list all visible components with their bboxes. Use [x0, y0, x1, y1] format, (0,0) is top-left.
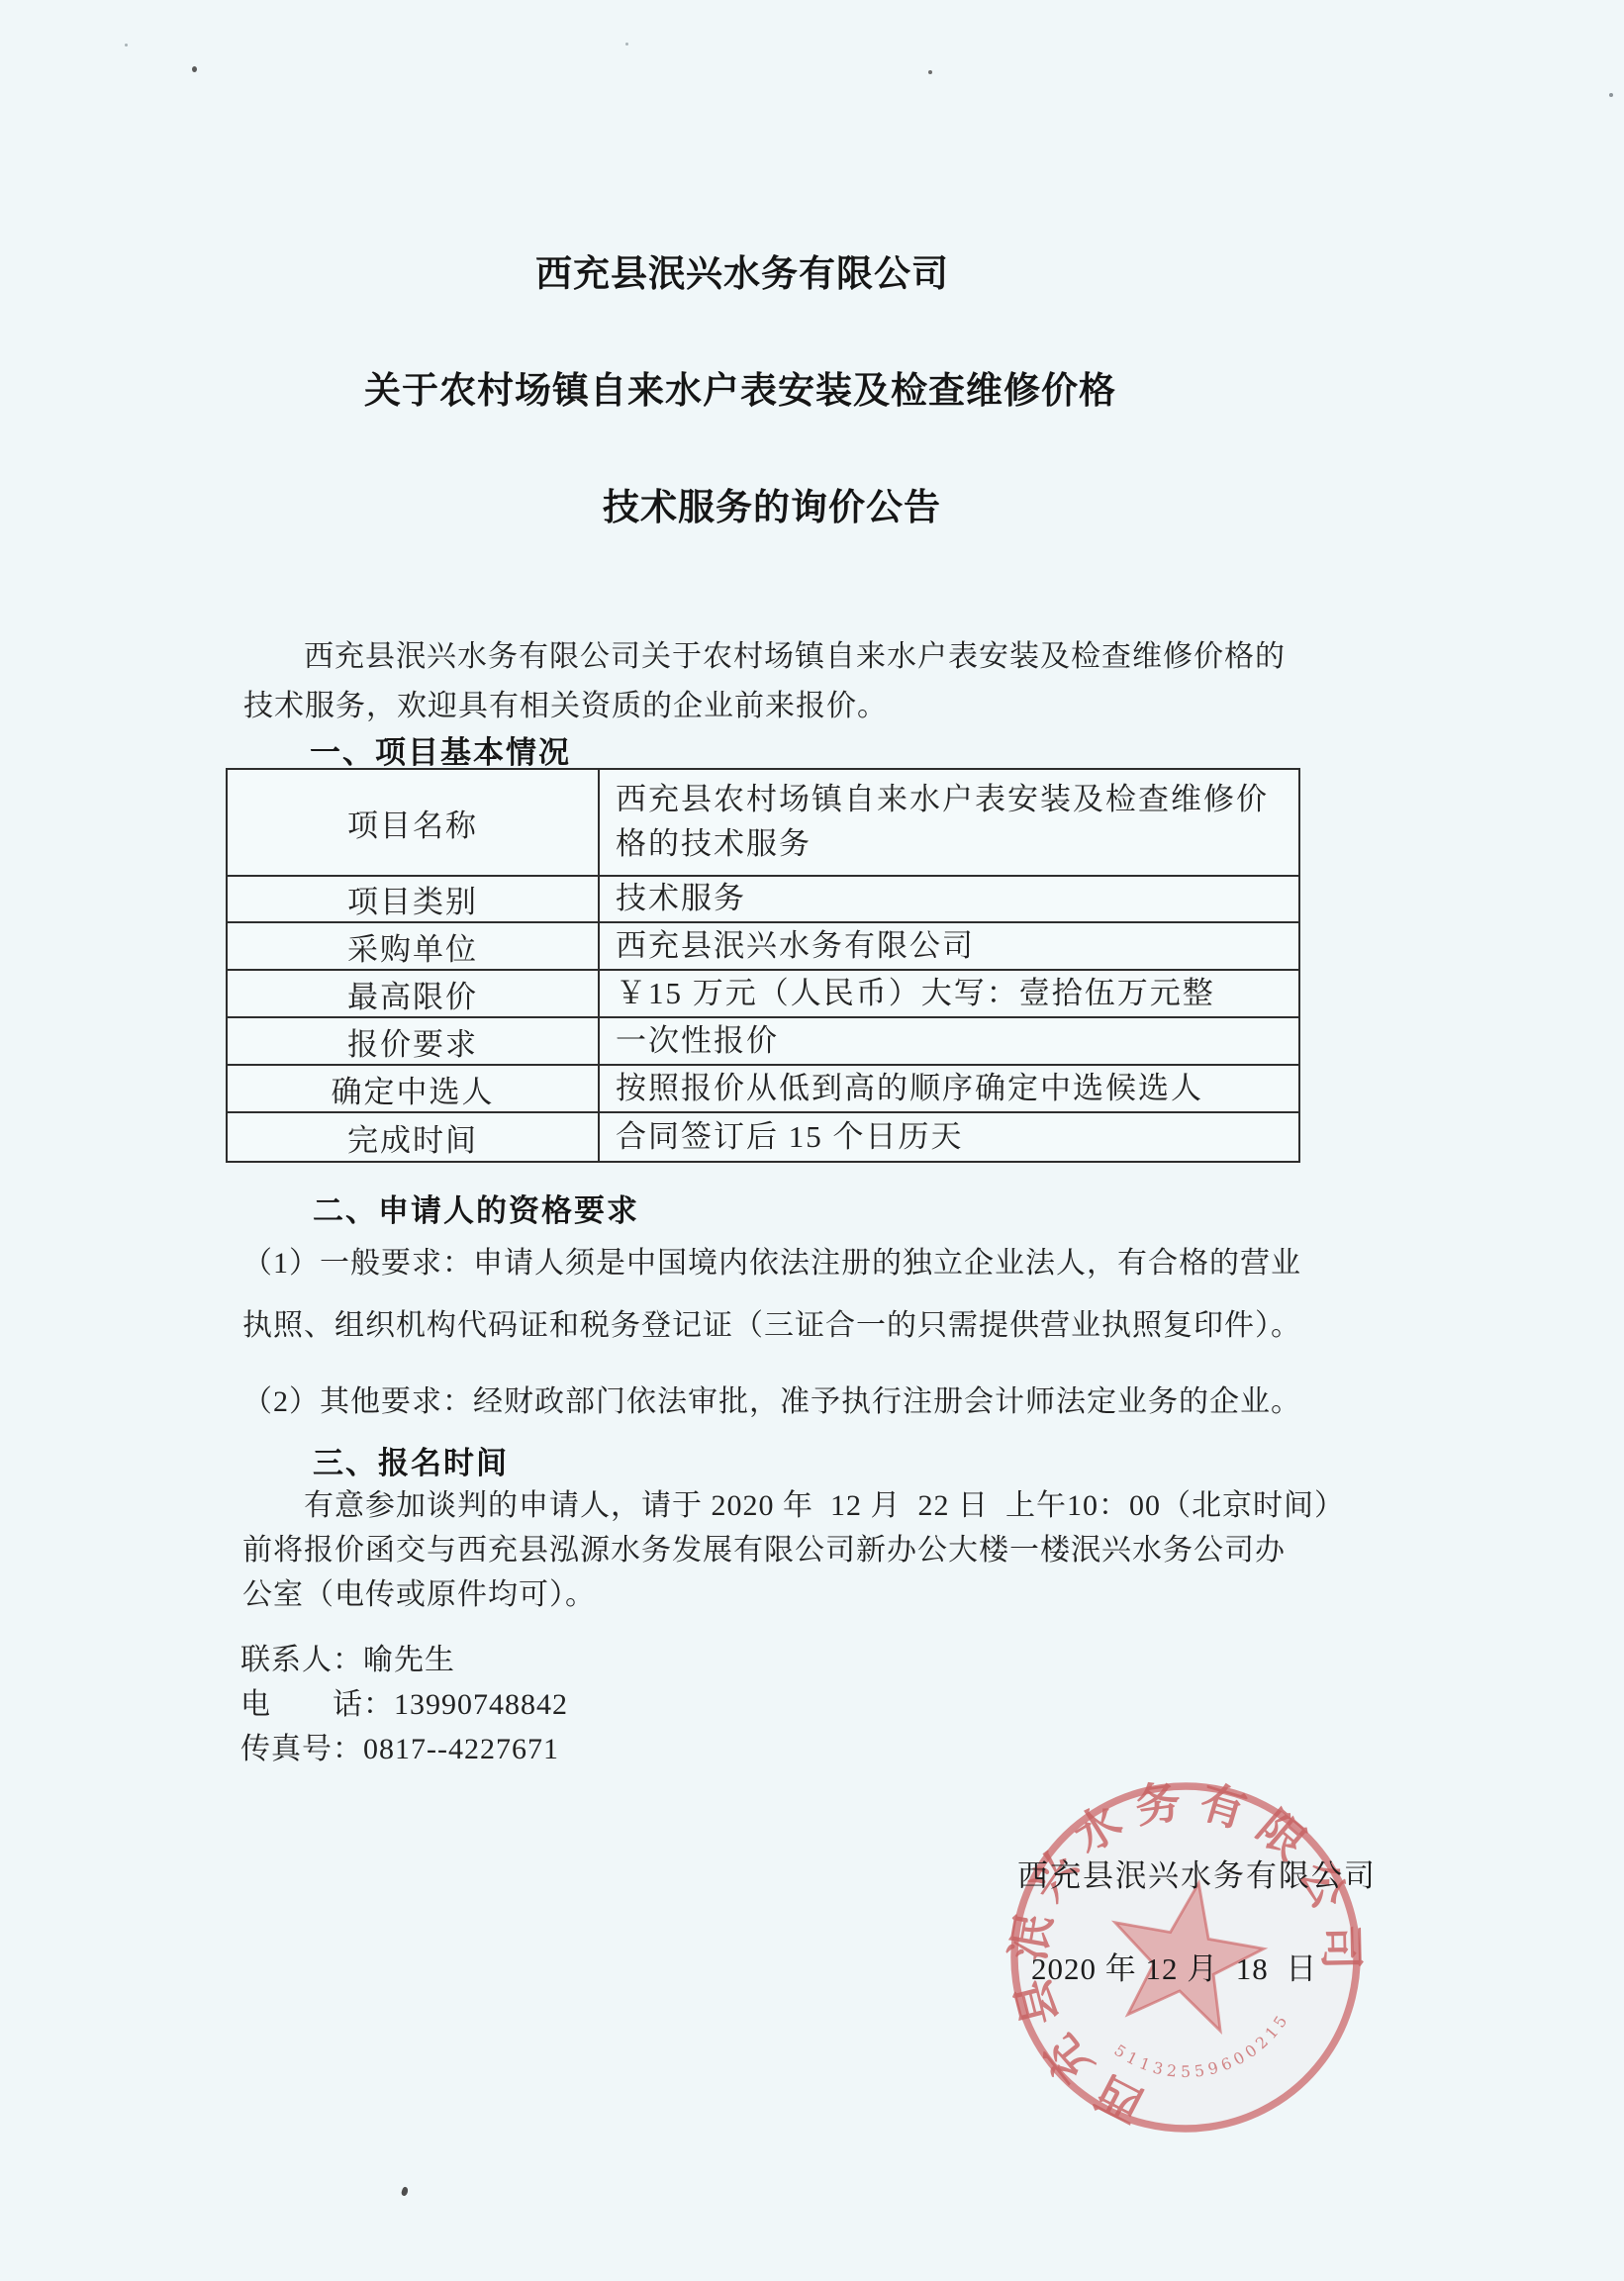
table-value-price-limit: ￥15 万元（人民币）大写：壹拾伍万元整: [599, 970, 1299, 1017]
table-label-project-name: 项目名称: [227, 769, 599, 876]
speck: [401, 2186, 410, 2197]
speck: [192, 66, 197, 72]
qualification-general-line2: 执照、组织机构代码证和税务登记证（三证合一的只需提供营业执照复印件）。: [242, 1300, 1301, 1344]
table-row: 报价要求 一次性报价: [227, 1017, 1299, 1065]
qualification-general-line1: （1）一般要求：申请人须是中国境内依法注册的独立企业法人，有合格的营业: [242, 1238, 1301, 1282]
table-row: 采购单位 西充县泯兴水务有限公司: [227, 922, 1299, 970]
speck: [556, 1407, 559, 1410]
intro-paragraph-line2: 技术服务，欢迎具有相关资质的企业前来报价。: [243, 681, 888, 724]
project-info-table: 项目名称 西充县农村场镇自来水户表安装及检查维修价 格的技术服务 项目类别 技术…: [226, 768, 1300, 1163]
intro-paragraph-line1: 西充县泯兴水务有限公司关于农村场镇自来水户表安装及检查维修价格的: [304, 631, 1286, 675]
table-label-quote-requirement: 报价要求: [227, 1017, 599, 1065]
table-value-purchaser: 西充县泯兴水务有限公司: [599, 922, 1299, 970]
document-title-type: 技术服务的询价公告: [0, 477, 1544, 530]
signature-date: 2020 年 12 月 18 日: [1031, 1944, 1317, 1988]
table-value-project-type: 技术服务: [599, 876, 1299, 922]
table-label-price-limit: 最高限价: [227, 970, 599, 1017]
speck: [1609, 93, 1613, 97]
registration-time-line2: 前将报价函交与西充县泓源水务发展有限公司新办公大楼一楼泯兴水务公司办: [242, 1525, 1286, 1568]
contact-phone: 电 话：13990748842: [240, 1679, 568, 1723]
table-value-quote-requirement: 一次性报价: [599, 1017, 1299, 1065]
table-value-completion-time: 合同签订后 15 个日历天: [599, 1112, 1299, 1162]
section-heading-qualifications: 二、申请人的资格要求: [313, 1186, 639, 1230]
contact-person: 联系人：喻先生: [240, 1635, 455, 1678]
table-row: 项目名称 西充县农村场镇自来水户表安装及检查维修价 格的技术服务: [227, 769, 1299, 876]
table-value-winner-selection: 按照报价从低到高的顺序确定中选候选人: [599, 1065, 1299, 1112]
table-label-project-type: 项目类别: [227, 876, 599, 922]
table-value-project-name: 西充县农村场镇自来水户表安装及检查维修价 格的技术服务: [599, 769, 1299, 876]
table-row: 项目类别 技术服务: [227, 876, 1299, 922]
section-heading-registration-time: 三、报名时间: [313, 1438, 509, 1482]
table-label-purchaser: 采购单位: [227, 922, 599, 970]
speck: [928, 70, 932, 74]
speck: [625, 43, 628, 46]
qualification-other: （2）其他要求：经财政部门依法审批，准予执行注册会计师法定业务的企业。: [242, 1377, 1301, 1420]
table-row: 最高限价 ￥15 万元（人民币）大写：壹拾伍万元整: [227, 970, 1299, 1017]
contact-fax: 传真号：0817--4227671: [240, 1724, 559, 1767]
scanned-document-page: 西充县泯兴水务有限公司 关于农村场镇自来水户表安装及检查维修价格 技术服务的询价…: [0, 0, 1624, 2281]
table-label-completion-time: 完成时间: [227, 1112, 599, 1162]
signature-company: 西充县泯兴水务有限公司: [1017, 1851, 1377, 1895]
registration-time-line1: 有意参加谈判的申请人，请于 2020 年 12 月 22 日 上午10：00（北…: [304, 1480, 1345, 1524]
table-row: 确定中选人 按照报价从低到高的顺序确定中选候选人: [227, 1065, 1299, 1112]
table-label-winner-selection: 确定中选人: [227, 1065, 599, 1112]
registration-time-line3: 公室（电传或原件均可）。: [242, 1569, 596, 1613]
document-title-company: 西充县泯兴水务有限公司: [0, 243, 1484, 297]
section-heading-project-info: 一、项目基本情况: [310, 727, 571, 772]
document-title-subject: 关于农村场镇自来水户表安装及检查维修价格: [0, 360, 1481, 414]
speck: [125, 44, 128, 47]
table-row: 完成时间 合同签订后 15 个日历天: [227, 1112, 1299, 1162]
